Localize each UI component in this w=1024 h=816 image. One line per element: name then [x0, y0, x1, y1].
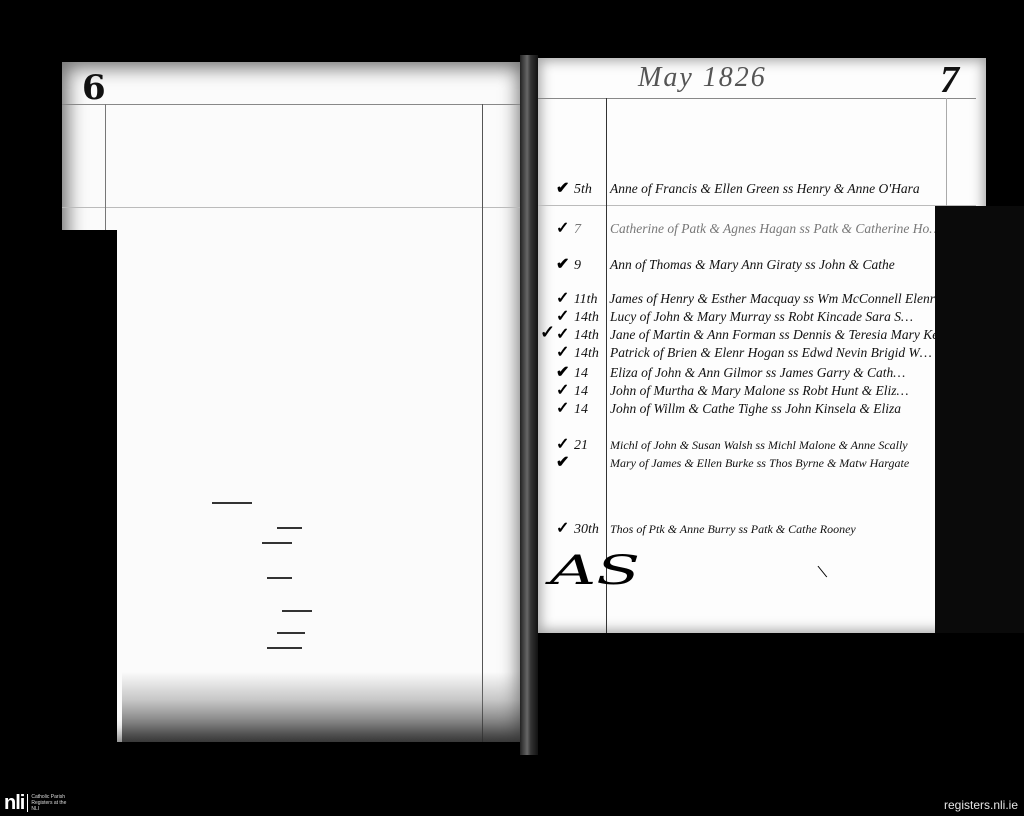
register-entry: ✔ 9 Ann of Thomas & Mary Ann Giraty ss J… [556, 254, 956, 274]
ink-mark [212, 502, 252, 504]
ink-mark [277, 632, 305, 634]
check-mark-icon: ✔ [556, 452, 574, 472]
ink-mark: \ [816, 561, 829, 585]
entry-text: Michl of John & Susan Walsh ss Michl Mal… [604, 438, 908, 453]
check-mark-icon: ✔ [556, 254, 574, 274]
entry-text: Ann of Thomas & Mary Ann Giraty ss John … [604, 257, 895, 273]
left-page: 6 [62, 62, 524, 742]
nli-logo[interactable]: nli Catholic Parish Registers at the NLI [4, 794, 71, 812]
register-entry: ✓ 14th Patrick of Brien & Elenr Hogan ss… [556, 342, 956, 362]
margin-line [482, 104, 483, 742]
nli-logo-text: nli [4, 794, 24, 812]
entry-text: Lucy of John & Mary Murray ss Robt Kinca… [604, 309, 913, 325]
site-url-link[interactable]: registers.nli.ie [944, 798, 1018, 812]
entry-day: 5th [574, 182, 604, 198]
logo-caption: Catholic Parish Registers at the NLI [31, 794, 71, 812]
entry-text: Mary of James & Ellen Burke ss Thos Byrn… [604, 456, 909, 471]
ink-mark [262, 542, 292, 544]
scan-shadow [555, 633, 1024, 773]
check-mark-icon: ✓ [556, 288, 574, 308]
entry-day: 14 [574, 402, 604, 418]
register-entry: ✓ 30th Thos of Ptk & Anne Burry ss Patk … [556, 518, 956, 538]
entry-day: 7 [574, 222, 604, 238]
ruled-line [62, 207, 524, 208]
document-viewer: 6 May 1826 7 ✔ 5th Anne of Francis & Ell… [0, 0, 1024, 816]
entry-text: Jane of Martin & Ann Forman ss Dennis & … [604, 327, 956, 343]
entry-text: Catherine of Patk & Agnes Hagan ss Patk … [604, 221, 941, 237]
ink-mark [267, 647, 302, 649]
ink-mark [282, 610, 312, 612]
ruled-line [538, 205, 976, 206]
scan-shadow [32, 230, 117, 750]
entry-day: 9 [574, 258, 604, 274]
ruled-line [538, 98, 976, 99]
signature: AS [550, 548, 640, 594]
check-mark-icon: ✓ [556, 518, 574, 538]
register-entry: ✓ 14th Lucy of John & Mary Murray ss Rob… [556, 306, 956, 326]
check-mark-icon: ✓ [556, 306, 574, 326]
check-mark-icon: ✓ [540, 322, 555, 343]
entry-text: Eliza of John & Ann Gilmor ss James Garr… [604, 365, 905, 381]
register-entry: ✓ 14th Jane of Martin & Ann Forman ss De… [556, 324, 956, 344]
entry-day: 14th [574, 346, 604, 362]
register-entry: ✔ 5th Anne of Francis & Ellen Green ss H… [556, 178, 956, 198]
entry-text: John of Murtha & Mary Malone ss Robt Hun… [604, 383, 908, 399]
ink-mark [277, 527, 302, 529]
page-stain [122, 672, 522, 742]
page-number-left: 6 [82, 68, 106, 108]
entry-text: Patrick of Brien & Elenr Hogan ss Edwd N… [604, 345, 932, 361]
register-entry: ✔ 14 Eliza of John & Ann Gilmor ss James… [556, 362, 956, 382]
check-mark-icon: ✓ [556, 218, 574, 238]
ink-mark [267, 577, 292, 579]
entry-text: John of Willm & Cathe Tighe ss John Kins… [604, 401, 901, 417]
check-mark-icon: ✓ [556, 324, 574, 344]
entry-text: Anne of Francis & Ellen Green ss Henry &… [604, 181, 920, 197]
register-entry: ✔ Mary of James & Ellen Burke ss Thos By… [556, 452, 956, 472]
right-page: May 1826 7 ✔ 5th Anne of Francis & Ellen… [538, 58, 986, 633]
check-mark-icon: ✔ [556, 362, 574, 382]
register-entry: ✓ 7 Catherine of Patk & Agnes Hagan ss P… [556, 218, 956, 238]
check-mark-icon: ✓ [556, 434, 574, 454]
book-spine [520, 55, 538, 755]
check-mark-icon: ✓ [556, 342, 574, 362]
logo-divider [27, 794, 28, 812]
check-mark-icon: ✓ [556, 398, 574, 418]
page-number-right: 7 [940, 58, 959, 102]
check-mark-icon: ✔ [556, 178, 574, 198]
register-entry: ✓ 11th James of Henry & Esther Macquay s… [556, 288, 956, 308]
entry-text: James of Henry & Esther Macquay ss Wm Mc… [603, 291, 956, 307]
entry-day: 30th [574, 522, 604, 538]
entry-text: Thos of Ptk & Anne Burry ss Patk & Cathe… [604, 522, 856, 537]
register-entry: ✓ 14 John of Murtha & Mary Malone ss Rob… [556, 380, 956, 400]
register-entry: ✓ 14 John of Willm & Cathe Tighe ss John… [556, 398, 956, 418]
ruled-line [62, 104, 524, 105]
month-heading: May 1826 [638, 62, 767, 94]
check-mark-icon: ✓ [556, 380, 574, 400]
register-entry: ✓ 21 Michl of John & Susan Walsh ss Mich… [556, 434, 956, 454]
